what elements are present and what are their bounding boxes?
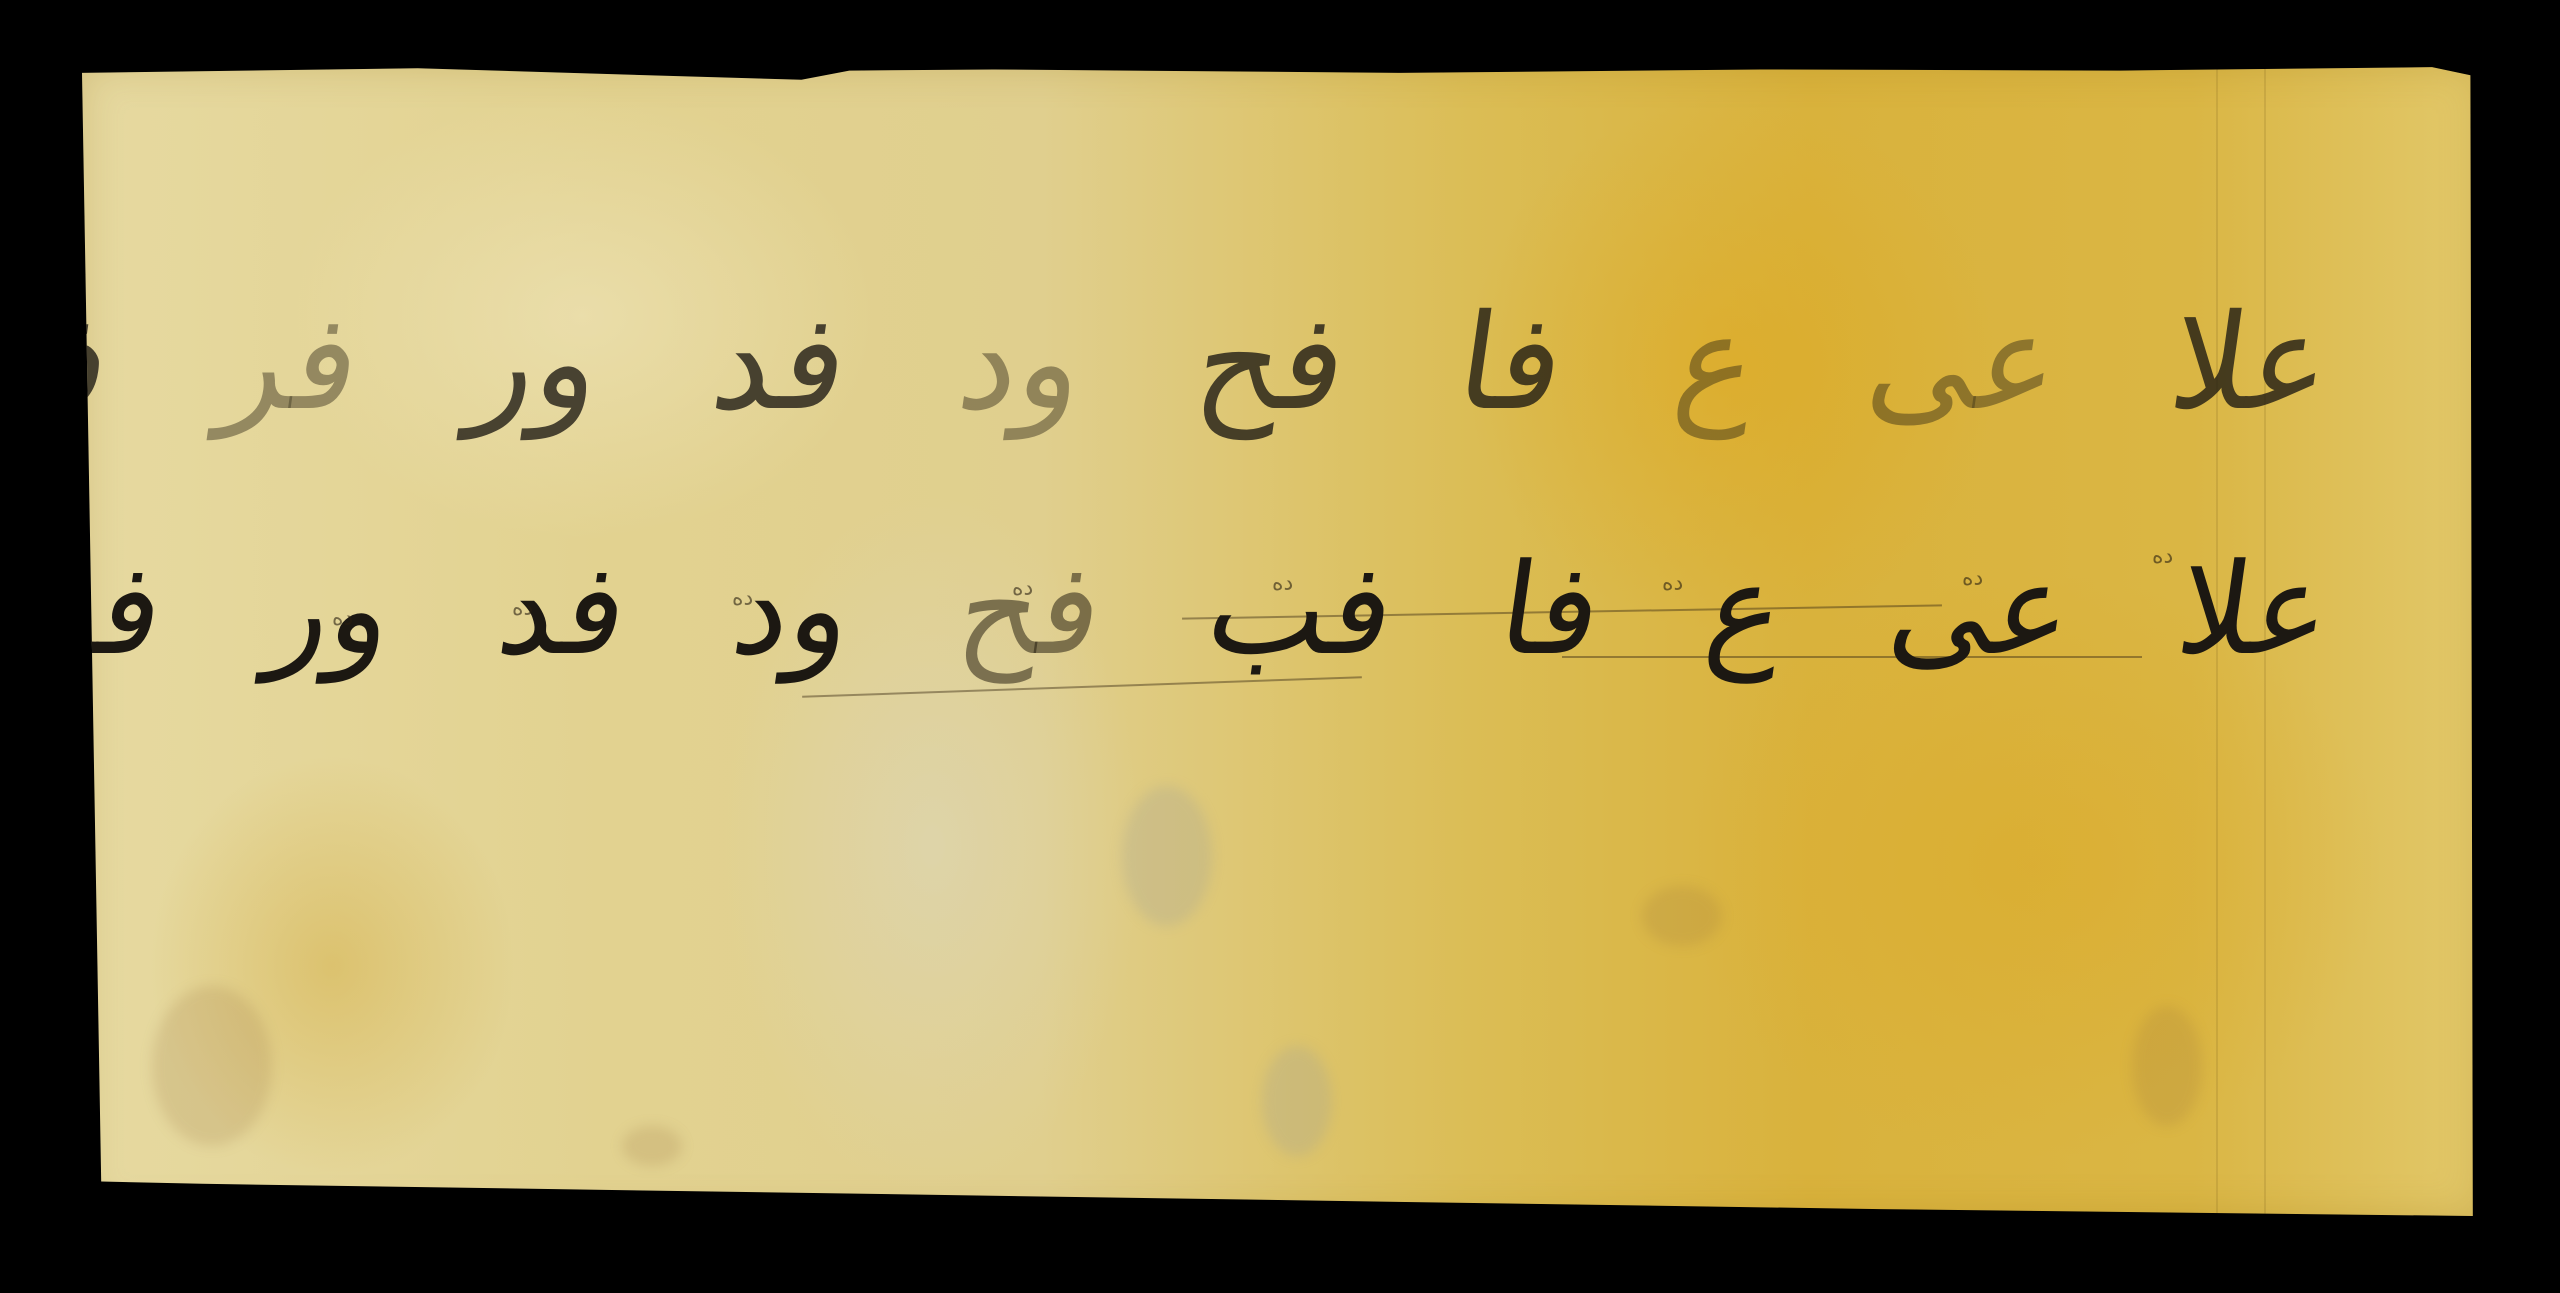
letter-group: ود [950, 286, 1094, 440]
letter-group: علا [2162, 286, 2341, 440]
annotation-mark: ده [2152, 544, 2173, 569]
annotation-mark: ده [732, 586, 753, 611]
letter-group: فر [22, 536, 172, 683]
letter-group: فب [1199, 536, 1404, 683]
letter-group: ور [462, 286, 611, 440]
letter-group: فا [1449, 286, 1574, 440]
letter-group: فر [212, 286, 370, 440]
letter-group: ع [1666, 286, 1766, 440]
paper-stain [1122, 786, 1212, 926]
paper-stain [2132, 1006, 2202, 1126]
letter-group: عی [1881, 536, 2082, 683]
letter-group: فح [1187, 286, 1357, 440]
annotation-mark: ده [332, 606, 353, 631]
annotation-mark: ده [1272, 571, 1293, 596]
annotation-mark: ده [1012, 576, 1033, 601]
letter-group: فس [0, 286, 120, 440]
letter-group: فح [949, 536, 1111, 683]
letter-group: ع [1698, 536, 1794, 683]
annotation-mark: ده [1962, 566, 1983, 591]
calligraphy-line-1: علا عی ع فا فح ود فد ور فر فس فس فص فط [0, 286, 2341, 440]
annotation-mark: ده [1662, 571, 1683, 596]
paper-stain [1642, 886, 1722, 946]
paper-stain [622, 1126, 682, 1166]
letter-group: علا [2169, 536, 2340, 683]
letter-group: عی [1859, 286, 2069, 440]
paper-stain [152, 986, 272, 1146]
letter-group: فد [704, 286, 858, 440]
paper-sheet: علا عی ع فا فح ود فد ور فر فس فس فص فط ع… [82, 66, 2480, 1216]
letter-group: فا [1491, 536, 1610, 683]
annotation-mark: ده [512, 596, 533, 621]
paper-stain [1262, 1046, 1332, 1156]
